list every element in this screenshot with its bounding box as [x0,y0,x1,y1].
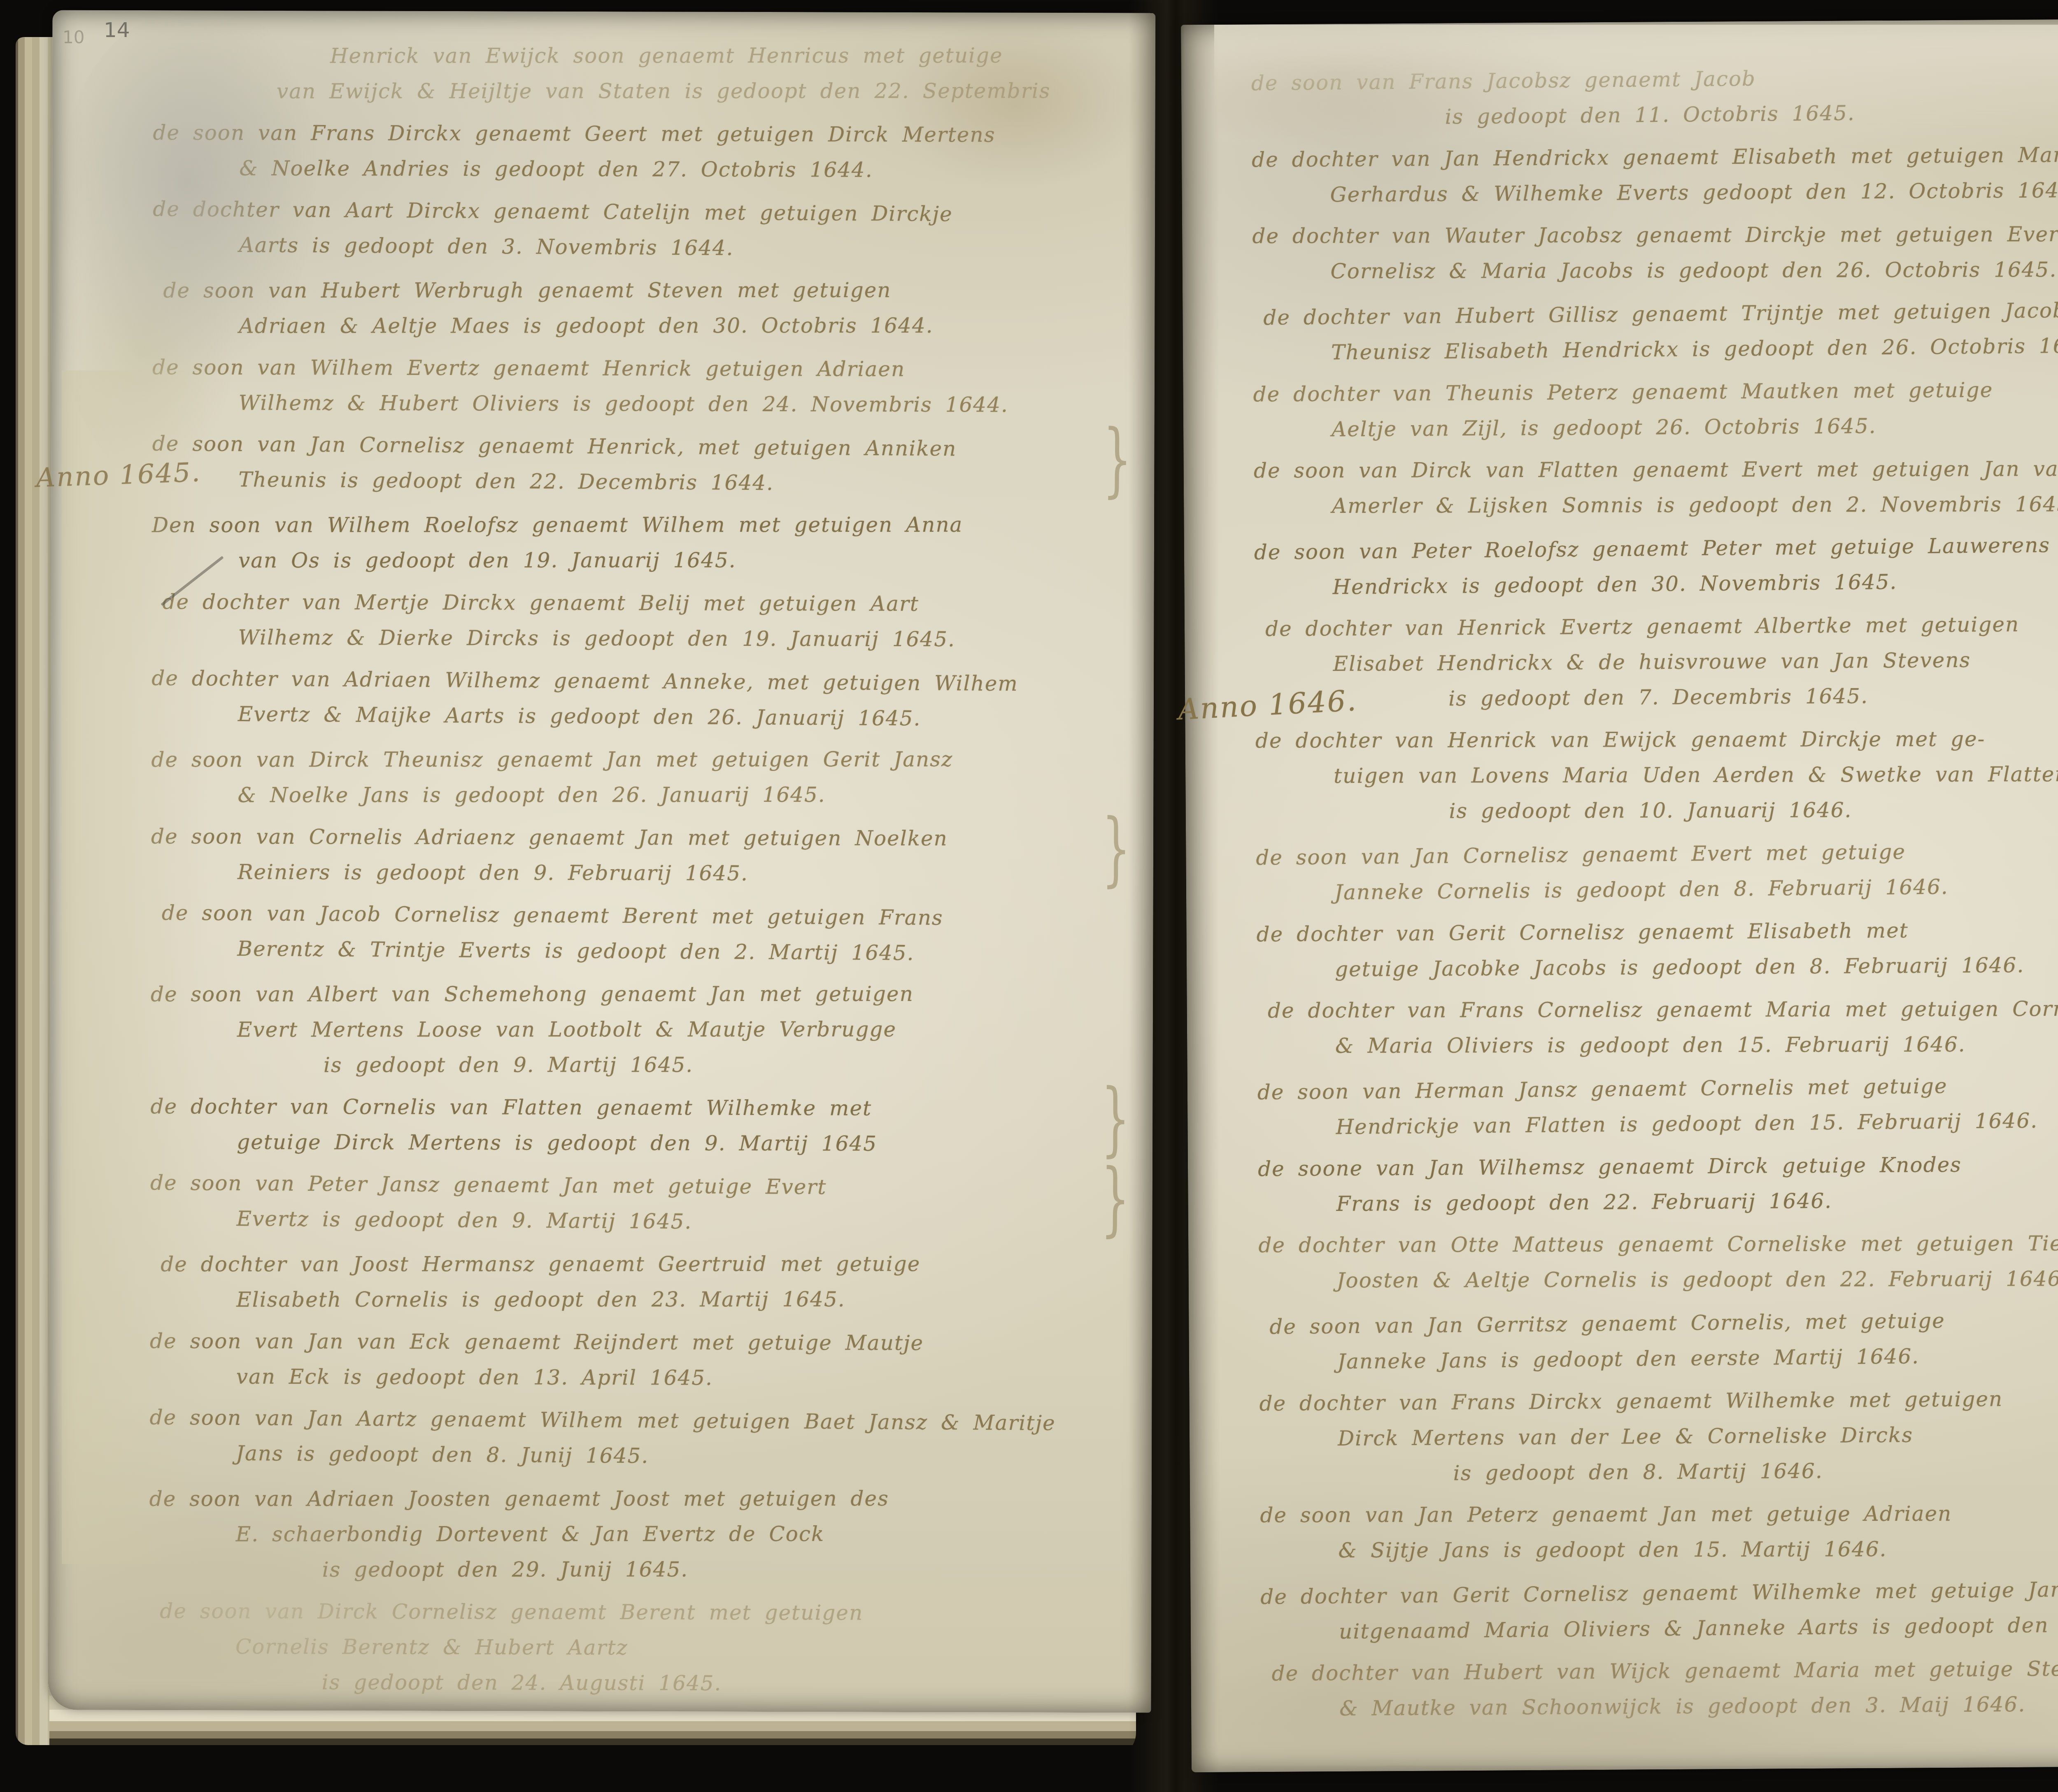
baptism-entry: de dochter van Henrick Evertz genaemt Al… [1255,605,2058,717]
register-line: Amerler & Lijsken Somnis is gedoopt den … [1332,486,2058,524]
register-line: Aarts is gedoopt den 3. Novembris 1644. [239,227,1130,268]
register-line: de dochter van Henrick van Ewijck genaem… [1255,721,2058,759]
register-line: Evert Mertens Loose van Lootbolt & Mautj… [237,1012,1128,1047]
register-line: de soon van Frans Dirckx genaemt Geert m… [153,115,1131,153]
baptism-entry: de soon van Adriaen Joosten genaemt Joos… [149,1481,1127,1587]
register-line: Wilhemz & Hubert Oliviers is gedoopt den… [239,385,1130,423]
register-line: Reiniers is gedoopt den 9. Februarij 164… [237,854,1129,892]
baptism-entry: de dochter van Otte Matteus genaemt Corn… [1258,1225,2058,1299]
register-line: & Maria Oliviers is gedoopt den 15. Febr… [1335,1026,2058,1064]
baptism-entry: de dochter van Gerit Cornelisz genaemt E… [1256,910,2058,987]
register-line: van Os is gedoopt den 19. Januarij 1645. [238,542,1129,578]
register-line: de soon van Adriaen Joosten genaemt Joos… [149,1481,1127,1517]
register-line: & Mautke van Schoonwijck is gedoopt den … [1339,1685,2058,1726]
register-line: de dochter van Henrick Evertz genaemt Al… [1265,605,2058,647]
register-line: de dochter van Frans Dirckx genaemt Wilh… [1259,1380,2058,1421]
register-line: Aeltje van Zijl, is gedoopt 26. Octobris… [1332,406,2058,447]
baptism-entry: de dochter van Frans Cornelisz genaemt M… [1257,991,2058,1064]
baptism-entry: de soon van Herman Jansz genaemt Corneli… [1257,1065,2058,1145]
register-line: Elisabet Hendrickx & de huisvrouwe van J… [1333,640,2058,682]
baptism-entry: de soon van Albert van Schemehong genaem… [151,976,1128,1083]
register-line: Elisabeth Cornelis is gedoopt den 23. Ma… [236,1282,1127,1317]
register-line: de dochter van Aart Dirckx genaemt Catel… [153,191,1131,233]
baptism-entry: de soon van Peter Roelofsz genaemt Peter… [1254,525,2058,605]
baptism-entry: de dochter van Cornelis van Flatten gena… [150,1089,1128,1162]
register-line: de soon van Wilhem Evertz genaemt Henric… [152,349,1130,387]
register-line: Cornelisz & Maria Jacobs is gedoopt den … [1330,251,2058,289]
folio-number-old: 10 [63,27,84,47]
register-line: de dochter van Jan Hendrickx genaemt Eli… [1252,136,2058,177]
register-line: de soon van Jacob Cornelisz genaemt Bere… [162,895,1129,937]
baptism-entry: de soon van Jacob Cornelisz genaemt Bere… [151,895,1129,972]
register-line: Theunis is gedoopt den 22. Decembris 164… [238,462,1130,503]
register-line: van Ewijck & Heijltje van Staten is gedo… [277,73,1131,109]
register-line: de soon van Jan van Eck genaemt Reijnder… [150,1323,1127,1361]
register-line: de soon van Jan Aartz genaemt Wilhem met… [149,1400,1127,1441]
register-line: tuigen van Lovens Maria Uden Aerden & Sw… [1334,756,2058,794]
register-line: is gedoopt den 29. Junij 1645. [322,1552,1127,1587]
left-page: Henrick van Ewijck soon genaemt Henricus… [48,10,1156,1713]
register-line: Dirck Mertens van der Lee & Corneliske D… [1338,1415,2058,1456]
register-line: Jans is gedoopt den 8. Junij 1645. [236,1436,1127,1477]
register-line: de soone van Jan Wilhemsz genaemt Dirck … [1258,1145,2058,1187]
baptism-entry: de soon van Jan Peterz genaemt Jan met g… [1260,1495,2058,1569]
right-page-entries: de soon van Frans Jacobsz genaemt Jacobi… [1251,58,2058,1734]
register-line: de dochter van Hubert van Wijck genaemt … [1271,1650,2058,1691]
register-line: is gedoopt den 9. Martij 1645. [324,1047,1128,1083]
entry-bracket: } [1101,1078,1130,1160]
baptism-entry: de dochter van Hubert van Wijck genaemt … [1261,1650,2058,1727]
baptism-entry: de soon van Frans Dirckx genaemt Geert m… [153,115,1130,188]
register-line: de soon van Peter Jansz genaemt Jan met … [150,1165,1128,1207]
baptism-entry: de soon van Jan Aartz genaemt Wilhem met… [149,1400,1127,1477]
baptism-entry: de soon van Cornelis Adriaenz genaemt Ja… [151,819,1129,892]
register-line: de soon van Hubert Werbrugh genaemt Stev… [163,272,1130,308]
register-line: de dochter van Cornelis van Flatten gena… [150,1089,1128,1126]
baptism-entry: de soon van Wilhem Evertz genaemt Henric… [152,349,1130,423]
baptism-entry: de dochter van Wauter Jacobsz genaemt Di… [1252,216,2058,289]
register-line: is gedoopt den 11. Octobris 1645. [1445,91,2058,135]
register-line: de soon van Cornelis Adriaenz genaemt Ja… [151,819,1129,856]
register-line: Gerhardus & Wilhemke Everts gedoopt den … [1330,171,2058,212]
register-line: is gedoopt den 7. Decembris 1645. [1448,676,2058,716]
register-line: van Eck is gedoopt den 13. April 1645. [236,1359,1127,1397]
register-line: Evertz is gedoopt den 9. Martij 1645. [236,1201,1128,1242]
register-line: Frans is gedoopt den 22. Februarij 1646. [1336,1180,2058,1222]
register-line: de soon van Dirck Cornelisz genaemt Bere… [160,1593,1127,1631]
register-line: is gedoopt den 24. Augusti 1645. [322,1664,1127,1702]
register-line: is gedoopt den 8. Martij 1646. [1453,1450,2058,1491]
register-line: Henrick van Ewijck soon genaemt Henricus… [330,38,1131,74]
baptism-entry: de dochter van Frans Dirckx genaemt Wilh… [1259,1380,2058,1492]
entry-bracket: } [1102,419,1132,501]
left-page-entries: Henrick van Ewijck soon genaemt Henricus… [149,37,1131,1709]
register-line: getuige Dirck Mertens is gedoopt den 9. … [237,1124,1128,1162]
register-line: de dochter van Adriaen Wilhemz genaemt A… [151,661,1129,702]
baptism-entry: de soon van Peter Jansz genaemt Jan met … [150,1165,1128,1242]
baptism-entry: de soon van Jan Cornelisz genaemt Evert … [1256,831,2058,911]
baptism-entry: de dochter van Joost Hermansz genaemt Ge… [150,1246,1127,1317]
baptism-entry: de soon van Jan van Eck genaemt Reijnder… [150,1323,1127,1396]
register-line: de soon van Dirck Theunisz genaemt Jan m… [151,742,1129,777]
register-line: de dochter van Frans Cornelisz genaemt M… [1268,991,2058,1029]
baptism-entry: de dochter van Mertje Dirckx genaemt Bel… [151,584,1129,657]
baptism-entry: de dochter van Jan Hendrickx genaemt Eli… [1252,136,2058,213]
baptism-entry: de soon van Dirck Cornelisz genaemt Bere… [149,1593,1127,1702]
register-line: Adriaen & Aeltje Maes is gedoopt den 30.… [239,308,1130,344]
register-line: Joosten & Aeltje Cornelis is gedoopt den… [1336,1261,2058,1298]
entry-bracket: } [1101,1159,1131,1240]
baptism-entry: de soon van Hubert Werbrugh genaemt Stev… [152,272,1130,344]
baptism-entry: de dochter van Aart Dirckx genaemt Catel… [152,191,1130,268]
register-line: de dochter van Mertje Dirckx genaemt Bel… [163,584,1129,622]
register-line: & Noelke Jans is gedoopt den 26. Januari… [238,777,1129,813]
register-line: getuige Jacobke Jacobs is gedoopt den 8.… [1335,946,2058,987]
baptism-entry: de soon van Frans Jacobsz genaemt Jacobi… [1251,56,2058,136]
register-line: de dochter van Hubert Gillisz genaemt Tr… [1263,291,2058,335]
baptism-entry: de dochter van Adriaen Wilhemz genaemt A… [151,661,1129,738]
register-line: & Sijtje Jans is gedoopt den 15. Martij … [1338,1531,2058,1568]
baptism-entry: de dochter van Gerit Cornelisz genaemt W… [1260,1570,2058,1650]
baptism-entry: de dochter van Theunis Peterz genaemt Ma… [1253,370,2058,447]
register-line: de dochter van Theunis Peterz genaemt Ma… [1253,370,2058,412]
register-line: de dochter van Gerit Cornelisz genaemt W… [1260,1570,2058,1615]
register-line: Cornelis Berentz & Hubert Aartz [235,1629,1127,1667]
register-line: Berentz & Trintje Everts is gedoopt den … [237,931,1129,972]
register-line: & Noelke Andries is gedoopt den 27. Octo… [239,151,1130,189]
register-line: de soon van Jan Cornelisz genaemt Henric… [152,426,1130,468]
baptism-entry: Den soon van Wilhem Roelofsz genaemt Wil… [152,507,1129,578]
baptism-entry: de dochter van Hubert Gillisz genaemt Tr… [1252,291,2058,371]
register-line: Evertz & Maijke Aarts is gedoopt den 26.… [237,696,1129,738]
register-line: E. schaerbondig Dortevent & Jan Evertz d… [236,1516,1127,1552]
baptism-entry: de soon van Dirck van Flatten genaemt Ev… [1254,451,2058,524]
baptism-entry: de soon van Jan Cornelisz genaemt Henric… [152,426,1130,503]
register-line: de dochter van Gerit Cornelisz genaemt E… [1256,910,2058,952]
folio-number-left: 14 [104,18,130,42]
register-line: de soon van Peter Roelofsz genaemt Peter… [1254,525,2058,570]
register-line: de dochter van Otte Matteus genaemt Corn… [1258,1225,2058,1263]
register-line: de soon van Dirck van Flatten genaemt Ev… [1254,451,2058,489]
baptism-entry: de soon van Dirck Theunisz genaemt Jan m… [151,742,1129,813]
entry-bracket: } [1101,808,1131,890]
register-line: is gedoopt den 10. Januarij 1646. [1449,791,2058,829]
right-page: de soon van Frans Jacobsz genaemt Jacobi… [1181,18,2058,1772]
register-line: de soon van Jan Gerritsz genaemt Corneli… [1269,1300,2058,1345]
baptism-entry: de soon van Jan Gerritsz genaemt Corneli… [1259,1300,2058,1380]
register-line: de soon van Albert van Schemehong genaem… [151,976,1128,1012]
baptism-entry: Henrick van Ewijck soon genaemt Henricus… [153,38,1131,109]
register-line: Wilhemz & Dierke Dircks is gedoopt den 1… [238,620,1129,658]
year-note-1645: Anno 1645. [36,457,202,493]
register-line: de soon van Jan Cornelisz genaemt Evert … [1256,831,2058,875]
register-line: Den soon van Wilhem Roelofsz genaemt Wil… [152,507,1129,543]
register-line: de soon van Jan Peterz genaemt Jan met g… [1260,1495,2058,1533]
register-line: de dochter van Joost Hermansz genaemt Ge… [161,1246,1127,1282]
register-line: de dochter van Wauter Jacobsz genaemt Di… [1252,216,2058,254]
register-line: de soon van Herman Jansz genaemt Corneli… [1257,1065,2058,1110]
baptism-entry: de soone van Jan Wilhemsz genaemt Dirck … [1258,1145,2058,1222]
baptism-entry: de dochter van Henrick van Ewijck genaem… [1255,721,2058,829]
